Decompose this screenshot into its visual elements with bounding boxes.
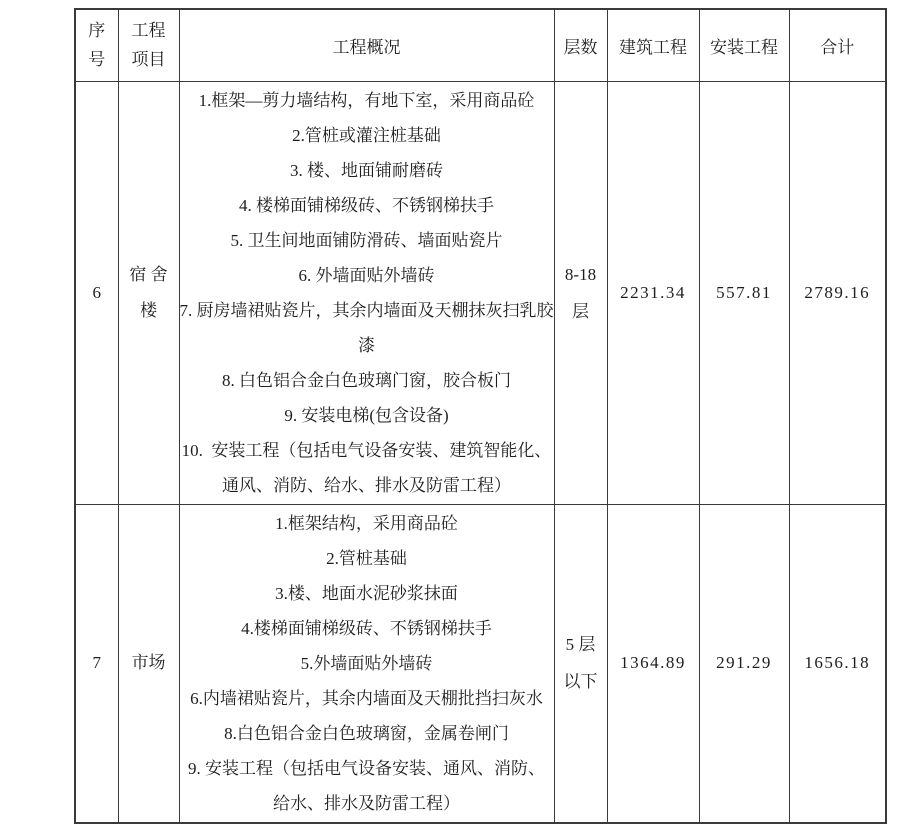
construction-cost-cell: 1364.89: [607, 504, 699, 823]
project-name-cell: 宿 舍楼: [118, 81, 179, 504]
overview-cell: 1.框架结构，采用商品砼2.管桩基础3.楼、地面水泥砂浆抹面4.楼梯面铺梯级砖、…: [179, 504, 554, 823]
text-line: 1.框架结构，采用商品砼: [180, 506, 554, 541]
text-line: 以下: [555, 663, 607, 700]
header-construction: 建筑工程: [607, 9, 699, 81]
text-line: 漆: [180, 328, 554, 363]
text-line: 1.框架—剪力墙结构，有地下室，采用商品砼: [180, 83, 554, 118]
header-total: 合计: [789, 9, 886, 81]
installation-cost-cell: 291.29: [699, 504, 789, 823]
installation-cost-cell: 557.81: [699, 81, 789, 504]
text-line: 项目: [119, 45, 179, 74]
construction-cost-cell: 2231.34: [607, 81, 699, 504]
text-line: 给水、排水及防雷工程）: [180, 786, 554, 821]
project-name-cell: 市场: [118, 504, 179, 823]
overview-cell: 1.框架—剪力墙结构，有地下室，采用商品砼2.管桩或灌注桩基础3. 楼、地面铺耐…: [179, 81, 554, 504]
header-installation: 安装工程: [699, 9, 789, 81]
text-line: 2.管桩基础: [180, 541, 554, 576]
table-row-market: 7 市场 1.框架结构，采用商品砼2.管桩基础3.楼、地面水泥砂浆抹面4.楼梯面…: [75, 504, 886, 823]
floors-cell: 5 层以下: [554, 504, 607, 823]
text-line: 3. 楼、地面铺耐磨砖: [180, 153, 554, 188]
seq-cell: 7: [75, 504, 118, 823]
text-line: 号: [76, 45, 118, 74]
text-line: 4.楼梯面铺梯级砖、不锈钢梯扶手: [180, 611, 554, 646]
text-line: 楼: [119, 293, 179, 329]
text-line: 8. 白色铝合金白色玻璃门窗，胶合板门: [180, 363, 554, 398]
project-summary-table: 序号 工程项目 工程概况 层数 建筑工程 安装工程 合计 6 宿 舍楼 1.框架…: [74, 8, 887, 824]
table-header-row: 序号 工程项目 工程概况 层数 建筑工程 安装工程 合计: [75, 9, 886, 81]
document-page: 序号 工程项目 工程概况 层数 建筑工程 安装工程 合计 6 宿 舍楼 1.框架…: [0, 0, 900, 833]
text-line: 4. 楼梯面铺梯级砖、不锈钢梯扶手: [180, 188, 554, 223]
text-line: 10. 安装工程（包括电气设备安装、建筑智能化、: [180, 433, 554, 468]
total-cost-cell: 2789.16: [789, 81, 886, 504]
text-line: 3.楼、地面水泥砂浆抹面: [180, 576, 554, 611]
text-line: 宿 舍: [119, 257, 179, 293]
total-cost-cell: 1656.18: [789, 504, 886, 823]
text-line: 5 层: [555, 626, 607, 663]
text-line: 6.内墙裙贴瓷片，其余内墙面及天棚批挡扫灰水: [180, 681, 554, 716]
text-line: 9. 安装电梯(包含设备): [180, 398, 554, 433]
text-line: 8-18: [555, 256, 607, 293]
text-line: 5. 卫生间地面铺防滑砖、墙面贴瓷片: [180, 223, 554, 258]
text-line: 2.管桩或灌注桩基础: [180, 118, 554, 153]
header-floors: 层数: [554, 9, 607, 81]
text-line: 5.外墙面贴外墙砖: [180, 646, 554, 681]
table-row-dormitory: 6 宿 舍楼 1.框架—剪力墙结构，有地下室，采用商品砼2.管桩或灌注桩基础3.…: [75, 81, 886, 504]
text-line: 市场: [119, 645, 179, 681]
text-line: 7. 厨房墙裙贴瓷片，其余内墙面及天棚抹灰扫乳胶: [180, 293, 554, 328]
floors-cell: 8-18层: [554, 81, 607, 504]
text-line: 9. 安装工程（包括电气设备安装、通风、消防、: [180, 751, 554, 786]
header-project: 工程项目: [118, 9, 179, 81]
text-line: 通风、消防、给水、排水及防雷工程）: [180, 468, 554, 503]
header-overview: 工程概况: [179, 9, 554, 81]
text-line: 8.白色铝合金白色玻璃窗，金属卷闸门: [180, 716, 554, 751]
text-line: 工程: [119, 16, 179, 45]
text-line: 序: [76, 16, 118, 45]
text-line: 层: [555, 293, 607, 330]
header-seq: 序号: [75, 9, 118, 81]
seq-cell: 6: [75, 81, 118, 504]
text-line: 6. 外墙面贴外墙砖: [180, 258, 554, 293]
